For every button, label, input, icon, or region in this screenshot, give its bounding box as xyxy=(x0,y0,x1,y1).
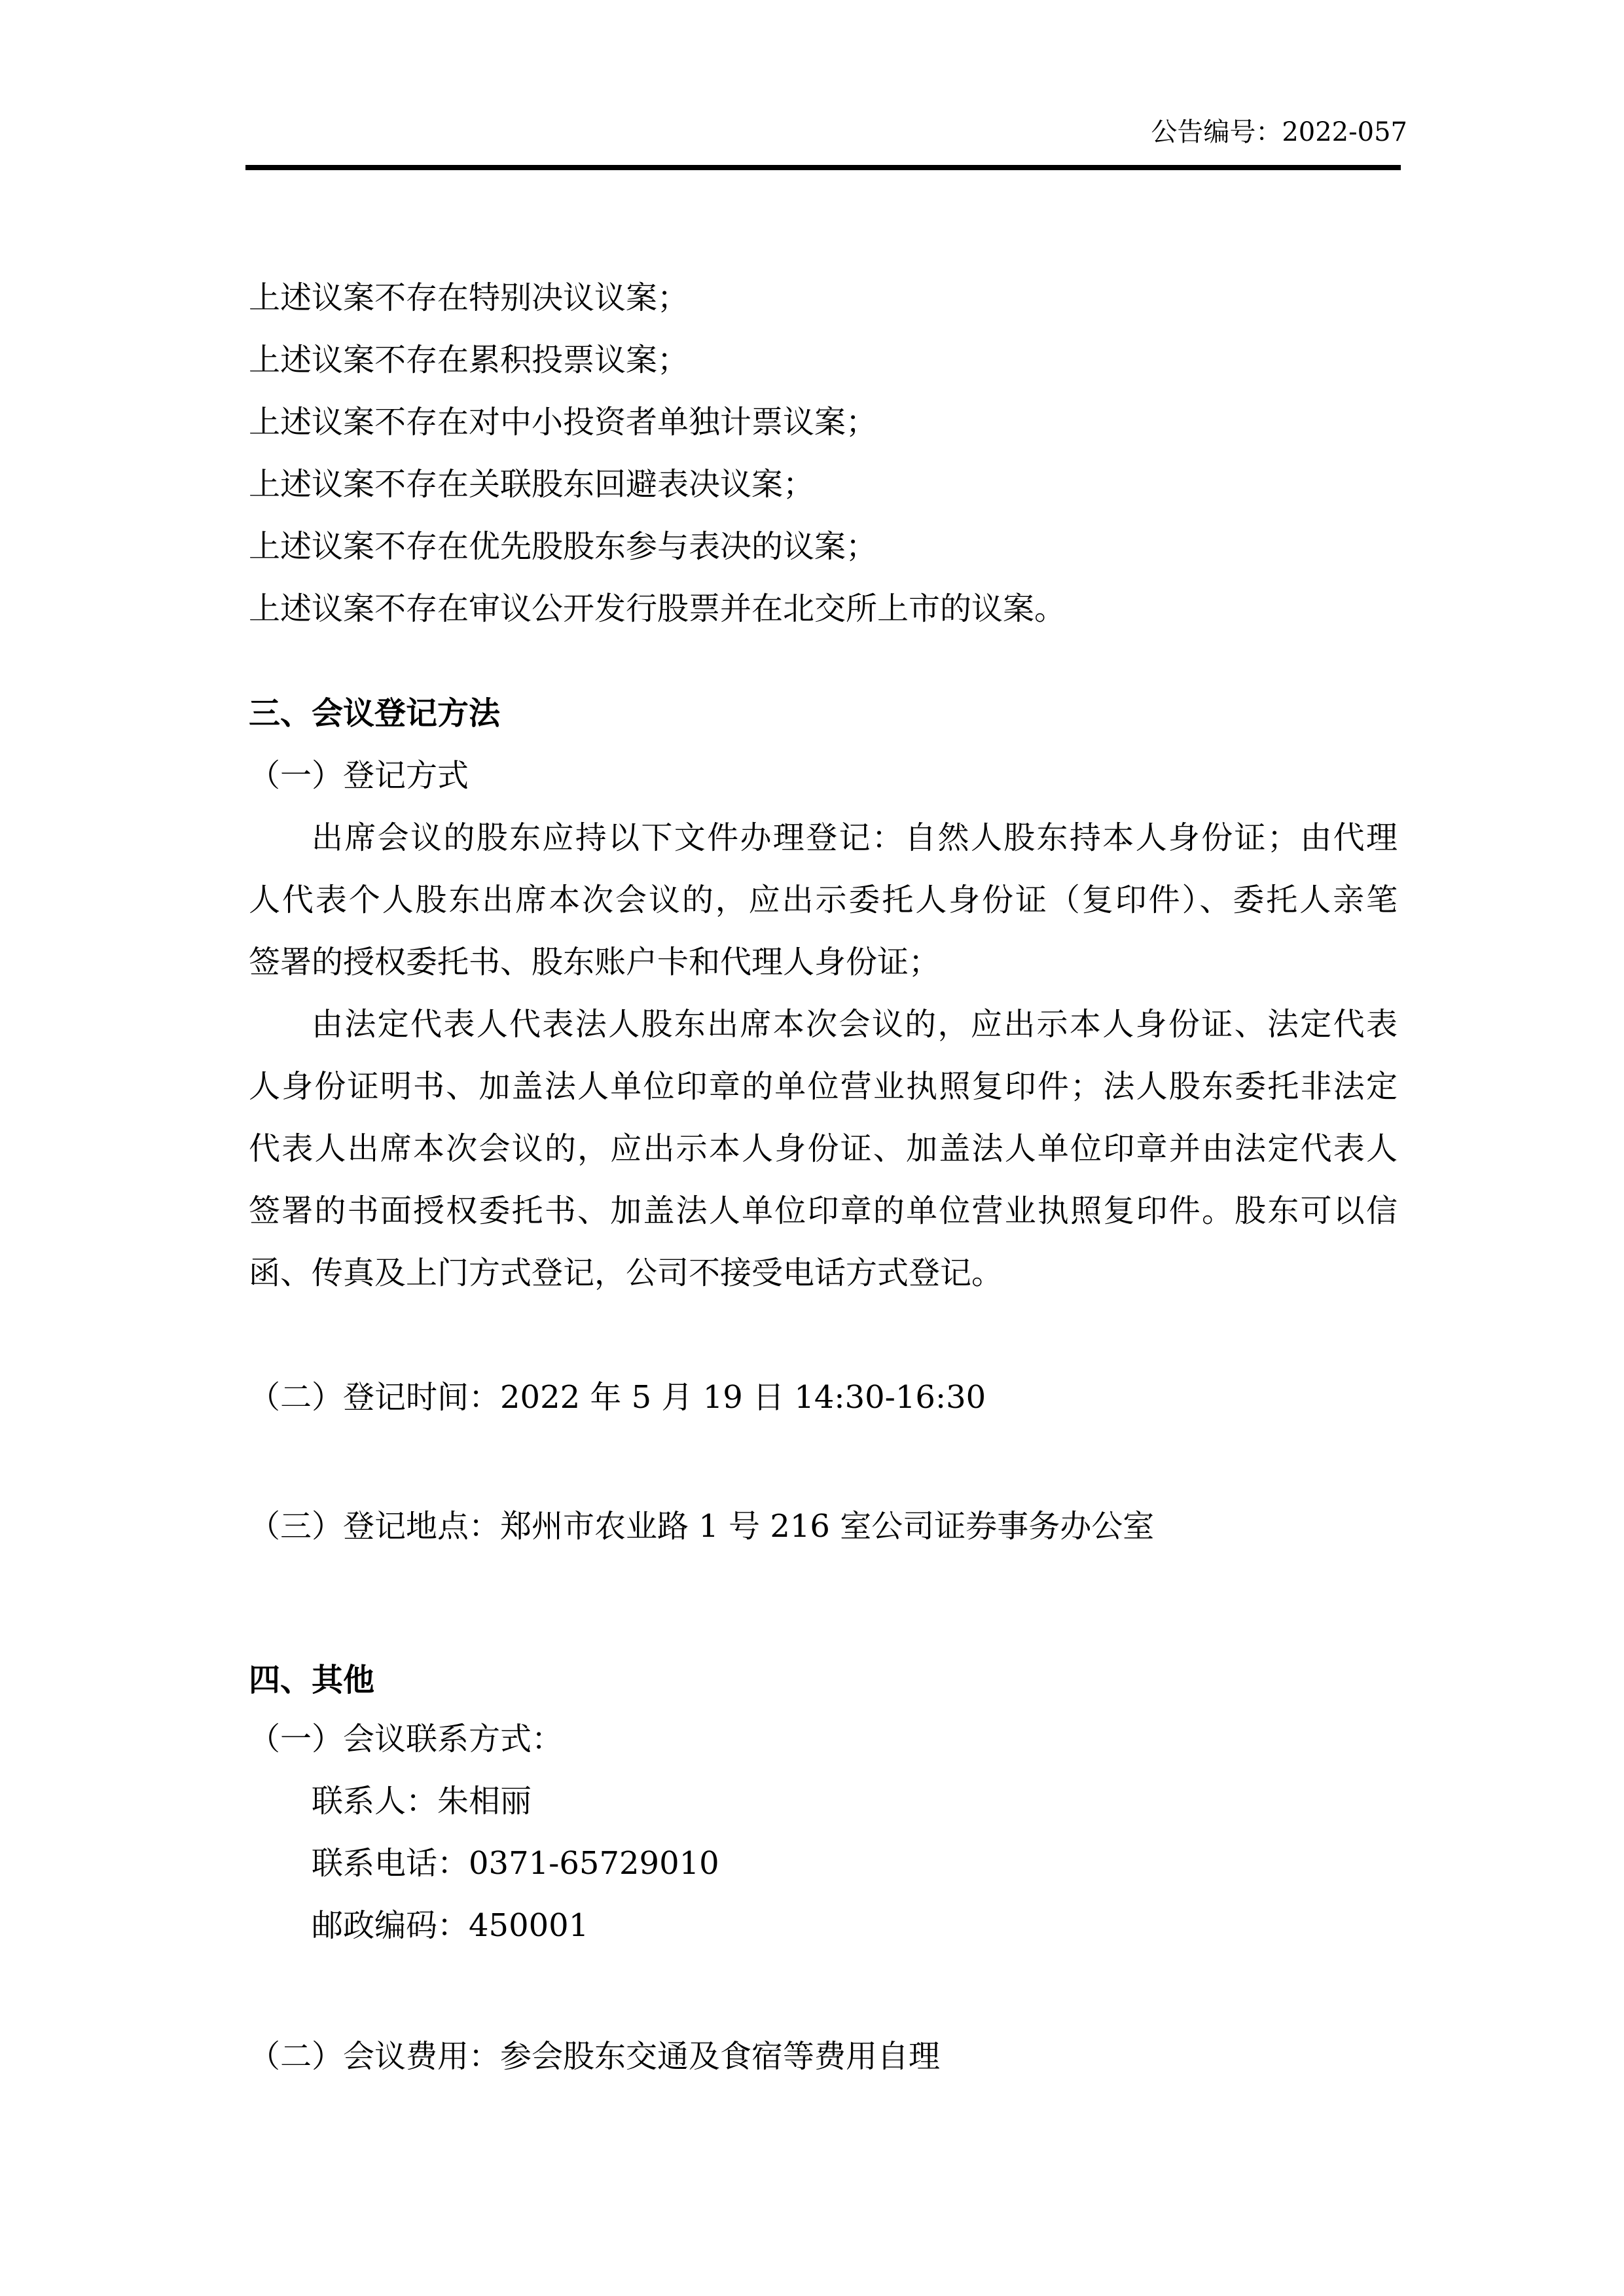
paragraph-line: 人代表个人股东出席本次会议的，应出示委托人身份证（复印件）、委托人亲笔 xyxy=(249,869,1398,931)
postal-code: 邮政编码：450001 xyxy=(249,1895,1398,1957)
contact-method-title: （一）会议联系方式： xyxy=(249,1708,1398,1770)
statement-line: 上述议案不存在关联股东回避表决议案； xyxy=(249,454,1398,516)
paragraph-line: 函、传真及上门方式登记，公司不接受电话方式登记。 xyxy=(249,1242,1398,1304)
meeting-fee: （二）会议费用：参会股东交通及食宿等费用自理 xyxy=(249,2026,1398,2088)
paragraph-line: 代表人出席本次会议的，应出示本人身份证、加盖法人单位印章并由法定代表人 xyxy=(249,1118,1398,1180)
section4-heading: 四、其他 xyxy=(249,1649,1398,1712)
header-divider-rule xyxy=(245,165,1401,170)
contact-info: 联系人：朱相丽 联系电话：0371-65729010 邮政编码：450001 xyxy=(249,1770,1398,1957)
paragraph-line: 出席会议的股东应持以下文件办理登记：自然人股东持本人身份证；由代理 xyxy=(249,807,1398,869)
statement-line: 上述议案不存在优先股股东参与表决的议案； xyxy=(249,516,1398,578)
registration-method-paragraph-2: 由法定代表人代表法人股东出席本次会议的，应出示本人身份证、法定代表 人身份证明书… xyxy=(249,994,1398,1304)
document-page: 公告编号：2022-057 上述议案不存在特别决议议案； 上述议案不存在累积投票… xyxy=(0,0,1624,2296)
paragraph-line: 由法定代表人代表法人股东出席本次会议的，应出示本人身份证、法定代表 xyxy=(249,994,1398,1056)
statement-line: 上述议案不存在累积投票议案； xyxy=(249,329,1398,391)
paragraph-line: 签署的书面授权委托书、加盖法人单位印章的单位营业执照复印件。股东可以信 xyxy=(249,1180,1398,1242)
registration-method-paragraph-1: 出席会议的股东应持以下文件办理登记：自然人股东持本人身份证；由代理 人代表个人股… xyxy=(249,807,1398,994)
announcement-number: 公告编号：2022-057 xyxy=(217,117,1407,148)
statement-line: 上述议案不存在特别决议议案； xyxy=(249,267,1398,329)
registration-place: （三）登记地点：郑州市农业路 1 号 216 室公司证券事务办公室 xyxy=(249,1496,1398,1558)
contact-person: 联系人：朱相丽 xyxy=(249,1770,1398,1833)
section3-heading: 三、会议登记方法 xyxy=(249,683,1398,745)
paragraph-line: 签署的授权委托书、股东账户卡和代理人身份证； xyxy=(249,931,1398,994)
contact-phone: 联系电话：0371-65729010 xyxy=(249,1833,1398,1895)
proposal-statements: 上述议案不存在特别决议议案； 上述议案不存在累积投票议案； 上述议案不存在对中小… xyxy=(249,267,1398,640)
section3-sub1-title: （一）登记方式 xyxy=(249,745,1398,807)
registration-time: （二）登记时间：2022 年 5 月 19 日 14:30-16:30 xyxy=(249,1367,1398,1429)
paragraph-line: 人身份证明书、加盖法人单位印章的单位营业执照复印件；法人股东委托非法定 xyxy=(249,1056,1398,1118)
statement-line: 上述议案不存在审议公开发行股票并在北交所上市的议案。 xyxy=(249,578,1398,640)
statement-line: 上述议案不存在对中小投资者单独计票议案； xyxy=(249,391,1398,454)
